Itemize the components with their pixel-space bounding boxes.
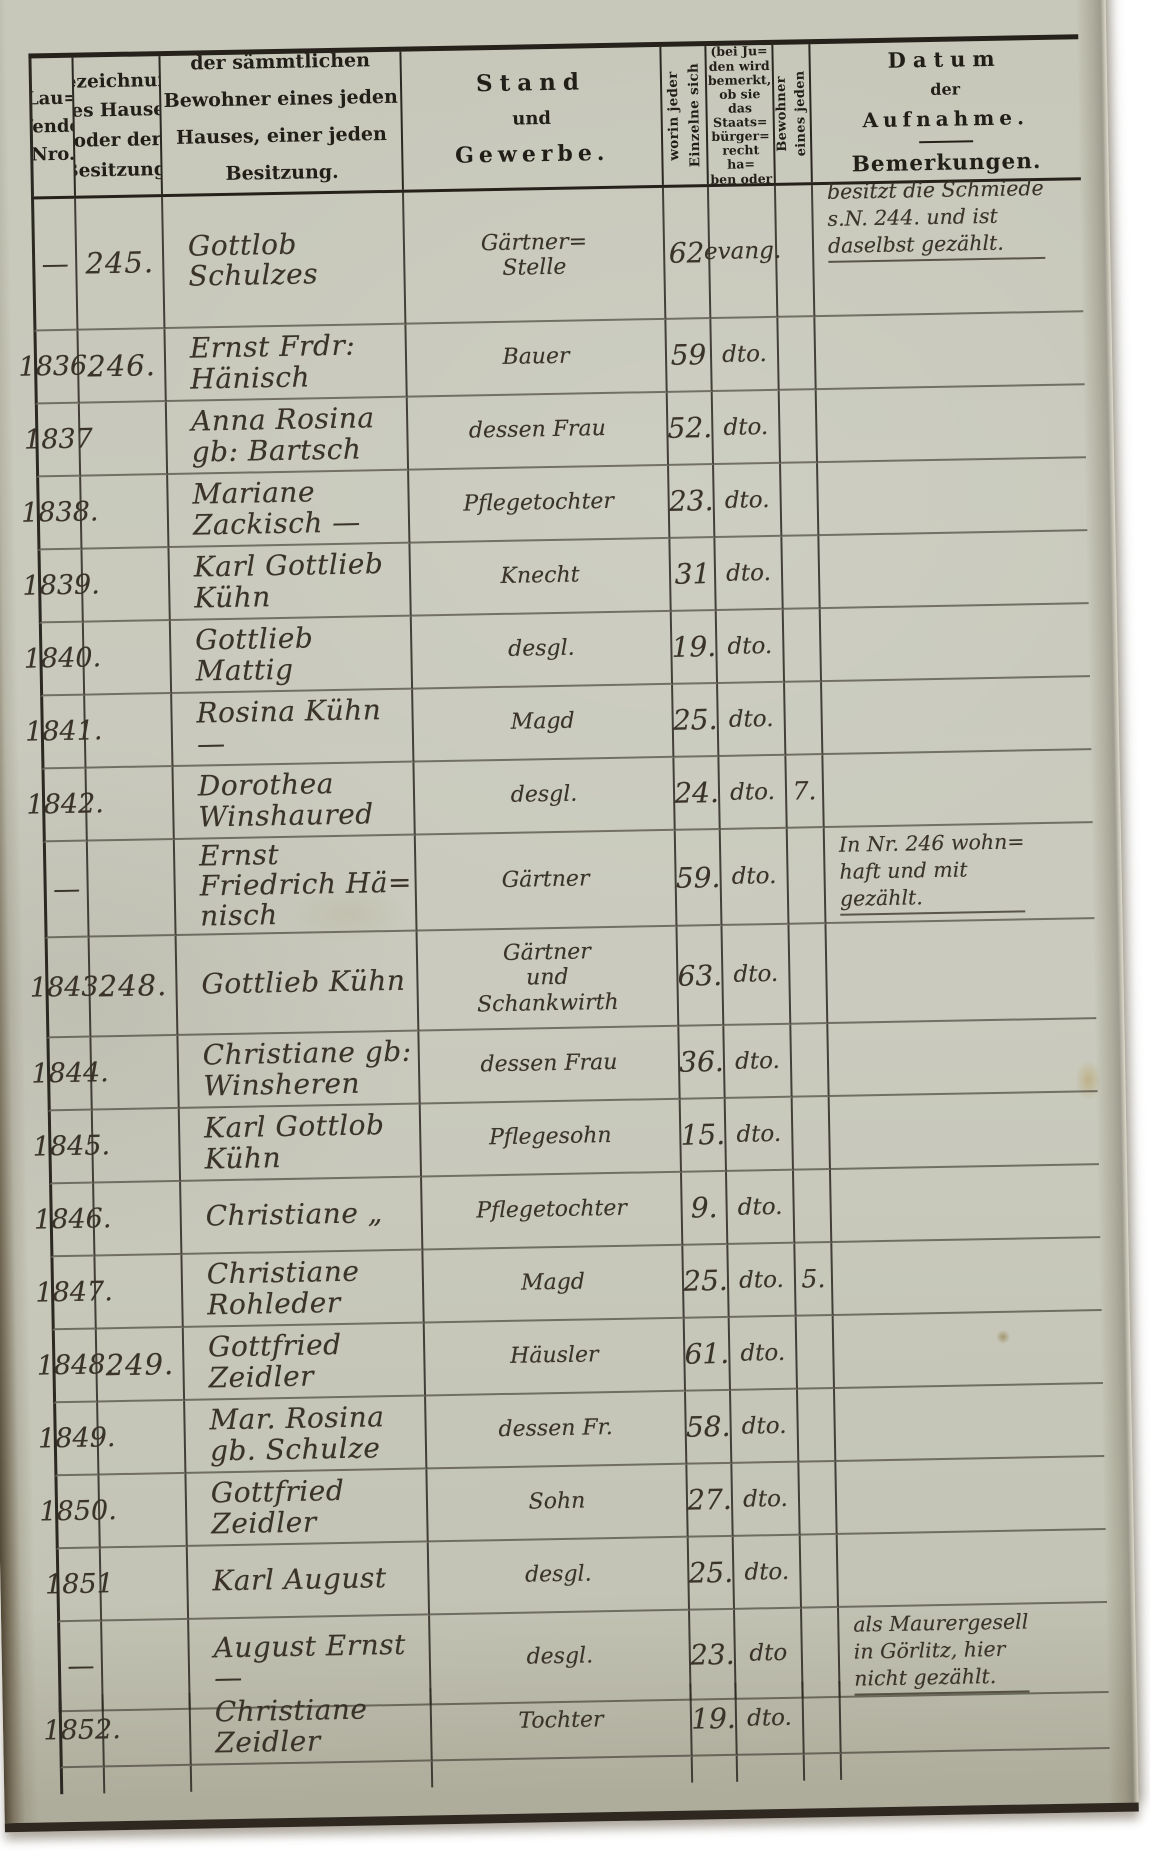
cell-remark xyxy=(826,919,1096,1024)
header-house-designation: Bezeichnung des Hauses oder der Besitzun… xyxy=(73,56,163,196)
occupation-value: desgl. xyxy=(511,784,578,808)
religion-value: dto. xyxy=(731,863,776,890)
resident-name-value: Gottlieb Kühn xyxy=(201,966,405,1000)
cell-running-number: 1847. xyxy=(50,1256,96,1330)
cell-age: 23. xyxy=(669,465,715,539)
age-value: 36. xyxy=(679,1045,724,1079)
cell-running-number: 1839. xyxy=(37,550,83,624)
cell-house-number: 249. xyxy=(97,1328,185,1403)
age-value: 62 xyxy=(669,236,705,270)
header-running-number-label: Lau= fende Nro. xyxy=(28,85,76,170)
cell-resident-name: Mar. Rosina gb. Schulze xyxy=(185,1396,427,1473)
cell-running-number: — xyxy=(31,199,78,332)
header-names: Vor= und Familien=Namen der sämmtlichen … xyxy=(160,52,403,194)
header-house-label: Bezeichnung des Hauses oder der Besitzun… xyxy=(73,65,163,186)
cell-remark xyxy=(834,1311,1103,1389)
cell-religion: dto. xyxy=(714,464,782,538)
religion-value: dto. xyxy=(727,632,772,659)
cell-inhabitant-count: 7. xyxy=(786,755,824,829)
cell-house-number xyxy=(99,1474,187,1549)
cell-age: 19. xyxy=(672,611,718,685)
cell-age: 36. xyxy=(679,1026,725,1100)
religion-value: dto. xyxy=(733,961,778,988)
cell-remark xyxy=(832,1238,1101,1316)
age-value: 25. xyxy=(673,703,718,737)
age-value: 31 xyxy=(674,557,710,591)
resident-name-value: Christiane gb: Winsheren xyxy=(203,1037,419,1101)
cell-running-number: 1841. xyxy=(40,696,86,770)
header-datum-word: Datum xyxy=(887,45,1001,72)
cell-remark xyxy=(840,1676,1109,1754)
cell-age: 59. xyxy=(676,830,723,927)
cell-house-number xyxy=(80,402,168,477)
cell-age: 63. xyxy=(677,926,724,1027)
cell-age: 59 xyxy=(666,319,712,393)
cell-resident-name: Gottfried Zeidler xyxy=(184,1323,426,1400)
occupation-value: Bauer xyxy=(502,346,569,370)
cell-inhabitant-count xyxy=(803,1681,841,1755)
cell-occupation: desgl. xyxy=(414,758,675,836)
resident-name-value: Karl Gottlieb Kühn xyxy=(194,549,410,613)
resident-name-value: Mar. Rosina gb. Schulze xyxy=(209,1402,425,1466)
age-value: 25. xyxy=(688,1556,733,1590)
cell-running-number: — xyxy=(43,842,90,939)
cell-occupation: Gärtner xyxy=(416,831,678,932)
religion-value: dto. xyxy=(726,559,771,586)
table-row: 1843. 248. Gottlieb Kühn Gärtner und Sch… xyxy=(45,919,1097,1038)
house-number-value: 246. xyxy=(87,348,156,383)
resident-name-value: Ernst Frdr: Hänisch xyxy=(190,330,406,394)
religion-value: dto. xyxy=(738,1193,783,1220)
cell-religion: evang. xyxy=(709,186,778,319)
cell-remark xyxy=(823,750,1092,828)
religion-value: dto. xyxy=(739,1266,784,1293)
religion-value: dto. xyxy=(747,1704,792,1731)
age-value: 15. xyxy=(680,1118,725,1152)
cell-occupation: Magd xyxy=(423,1246,684,1324)
cell-running-number: 1842. xyxy=(42,769,88,843)
occupation-value: desgl. xyxy=(525,1564,592,1588)
cell-religion: dto. xyxy=(721,829,790,926)
religion-value: dto. xyxy=(735,1047,780,1074)
cell-religion: dto. xyxy=(731,1390,799,1464)
age-value: 25. xyxy=(683,1264,728,1298)
header-running-number: Lau= fende Nro. xyxy=(28,58,76,197)
header-inhabitant-count: Zahl der Bewohner eines jeden Hauses. xyxy=(773,44,813,183)
cell-running-number: 1837 xyxy=(35,404,81,478)
age-value: 58. xyxy=(686,1410,731,1444)
cell-inhabitant-count xyxy=(791,1024,829,1098)
header-date-remarks: Datum der Aufnahme. Bemerkungen. xyxy=(810,39,1080,182)
cell-house-number xyxy=(82,548,170,623)
census-table: Lau= fende Nro. Bezeichnung des Hauses o… xyxy=(28,34,1110,1794)
cell-running-number: 1852. xyxy=(58,1694,104,1768)
scanned-page: Lau= fende Nro. Bezeichnung des Hauses o… xyxy=(0,0,1139,1832)
inhabitant-count-value: 7. xyxy=(792,776,816,805)
cell-running-number: 1845. xyxy=(48,1111,94,1185)
cell-religion: dto. xyxy=(711,318,779,392)
cell-resident-name: Mariane Zackisch — xyxy=(168,471,410,548)
religion-value: evang. xyxy=(704,238,782,265)
cell-house-number: 245. xyxy=(76,197,165,331)
occupation-value: Pflegesohn xyxy=(489,1125,612,1150)
cell-running-number: 1846. xyxy=(49,1183,95,1257)
cell-inhabitant-count xyxy=(788,828,827,925)
cell-house-number xyxy=(95,1255,183,1330)
resident-name-value: Gottfried Zeidler xyxy=(211,1475,427,1539)
cell-remark: In Nr. 246 wohn= haft und mit gezählt. xyxy=(825,823,1095,924)
cell-remark xyxy=(836,1457,1105,1535)
resident-name-value: Christiane Rohleder xyxy=(207,1256,423,1320)
age-value: 63. xyxy=(677,958,722,992)
cell-occupation: Gärtner= Stelle xyxy=(404,188,666,325)
occupation-value: Sohn xyxy=(528,1491,585,1514)
age-value: 9. xyxy=(690,1191,717,1224)
occupation-value: Magd xyxy=(511,711,575,735)
resident-name-value: Karl August xyxy=(212,1564,387,1597)
cell-running-number: 1843. xyxy=(45,938,92,1039)
cell-resident-name: Christiane Rohleder xyxy=(182,1250,424,1327)
cell-resident-name: Christiane Zeidler xyxy=(190,1688,432,1765)
occupation-value: Knecht xyxy=(500,565,579,589)
running-number-value: — xyxy=(41,248,69,279)
cell-age: 31 xyxy=(670,538,716,612)
cell-running-number: 1849. xyxy=(53,1402,99,1476)
cell-religion: dto. xyxy=(726,1098,794,1172)
occupation-value: Magd xyxy=(521,1272,585,1296)
house-number-value: 249. xyxy=(105,1347,174,1382)
cell-age: 9. xyxy=(682,1172,728,1246)
cell-religion: dto. xyxy=(717,610,785,684)
cell-religion: dto. xyxy=(724,1025,792,1099)
occupation-value: Häusler xyxy=(510,1345,599,1369)
cell-house-number xyxy=(86,767,174,842)
religion-value: dto. xyxy=(722,341,767,368)
cell-remark xyxy=(835,1384,1104,1462)
religion-value: dto. xyxy=(740,1339,785,1366)
cell-remark xyxy=(818,458,1087,536)
age-value: 59. xyxy=(676,860,721,894)
cell-inhabitant-count xyxy=(781,463,819,537)
running-number-value: — xyxy=(53,873,81,904)
cell-remark xyxy=(819,531,1088,609)
cell-inhabitant-count xyxy=(797,1316,835,1390)
cell-inhabitant-count xyxy=(798,1389,836,1463)
cell-resident-name: Ernst Friedrich Hä= nisch xyxy=(175,836,418,936)
header-count-rotated-label: Zahl der Bewohner eines jeden Hauses. xyxy=(773,44,813,183)
religion-value: dto. xyxy=(730,778,775,805)
age-value: 61. xyxy=(684,1337,729,1371)
cell-occupation: Magd xyxy=(413,685,674,763)
cell-resident-name: Gottlob Schulzes xyxy=(163,193,406,329)
cell-occupation: Pflegetochter xyxy=(409,466,670,544)
resident-name-value: Dorothea Winshaured xyxy=(198,768,414,832)
remark-value: In Nr. 246 wohn= haft und mit gezählt. xyxy=(839,828,1026,916)
resident-name-value: Anna Rosina gb: Bartsch xyxy=(191,403,407,467)
header-names-subtitle: der sämmtlichen Bewohner eines jeden Hau… xyxy=(160,52,403,194)
cell-house-number: 248. xyxy=(90,936,179,1038)
cell-running-number: 1838. xyxy=(36,477,82,551)
table-body: — 245. Gottlob Schulzes Gärtner= Stelle … xyxy=(31,180,1110,1768)
header-age: Lebensjahr, worin jeder Einzelne sich be… xyxy=(661,46,709,185)
cell-inhabitant-count xyxy=(784,609,822,683)
age-value: 23. xyxy=(669,484,714,518)
cell-religion: dto. xyxy=(730,1317,798,1391)
cell-house-number xyxy=(81,475,169,550)
cell-resident-name: Christiane gb: Winsheren xyxy=(178,1032,420,1109)
cell-age: 25. xyxy=(673,684,719,758)
header-religion-label: Religion (bei Ju= den wird bemerkt, ob s… xyxy=(706,45,774,184)
header-und-word: und xyxy=(512,108,551,130)
cell-remark xyxy=(838,1530,1107,1608)
age-value: 59 xyxy=(670,338,706,372)
cell-house-number xyxy=(101,1547,189,1622)
header-religion: Religion (bei Ju= den wird bemerkt, ob s… xyxy=(706,45,776,184)
cell-inhabitant-count xyxy=(776,185,815,318)
cell-occupation: desgl. xyxy=(412,612,673,690)
header-age-rotated-label: Lebensjahr, worin jeder Einzelne sich be… xyxy=(661,46,709,185)
cell-resident-name: Gottlieb Kühn xyxy=(177,932,420,1036)
cell-age: 58. xyxy=(686,1391,732,1465)
header-divider-line xyxy=(919,140,973,143)
cell-religion: dto. xyxy=(732,1463,800,1537)
cell-age: 19. xyxy=(691,1683,737,1757)
cell-occupation: desgl. xyxy=(429,1538,690,1616)
cell-religion: dto. xyxy=(713,391,781,465)
cell-inhabitant-count xyxy=(782,536,820,610)
cell-age: 61. xyxy=(685,1318,731,1392)
cell-house-number xyxy=(84,621,172,696)
resident-name-value: Gottfried Zeidler xyxy=(208,1329,424,1393)
cell-resident-name: Karl Gottlieb Kühn xyxy=(169,544,411,621)
resident-name-value: Mariane Zackisch — xyxy=(192,476,408,540)
cell-house-number xyxy=(93,1109,181,1184)
cell-inhabitant-count xyxy=(799,1462,837,1536)
resident-name-value: Gottlieb Mattig xyxy=(195,622,411,686)
cell-resident-name: Ernst Frdr: Hänisch xyxy=(165,325,407,402)
cell-occupation: Gärtner und Schankwirth xyxy=(418,927,680,1032)
cell-age: 25. xyxy=(683,1245,729,1319)
cell-running-number: 1836. xyxy=(33,331,79,405)
religion-value: dto. xyxy=(725,487,770,514)
cell-house-number xyxy=(91,1036,179,1111)
resident-name-value: August Ernst — xyxy=(213,1629,429,1693)
occupation-value: Gärtner und Schankwirth xyxy=(476,939,619,1017)
house-number-value: 245. xyxy=(85,245,154,280)
resident-name-value: Rosina Kühn — xyxy=(196,695,412,759)
cell-occupation: dessen Fr. xyxy=(426,1392,687,1470)
inhabitant-count-value: 5. xyxy=(801,1264,825,1293)
running-number-value: — xyxy=(67,1650,95,1681)
header-aufnahme-word: Aufnahme. xyxy=(862,105,1029,132)
header-gewerbe-word: Gewerbe. xyxy=(455,140,610,169)
cell-inhabitant-count xyxy=(778,317,816,391)
cell-occupation: Pflegetochter xyxy=(422,1173,683,1251)
cell-religion: dto. xyxy=(736,1682,804,1756)
age-value: 24. xyxy=(674,776,719,810)
cell-running-number: 1844. xyxy=(46,1038,92,1112)
age-value: 19. xyxy=(671,630,716,664)
religion-value: dto xyxy=(749,1640,787,1667)
cell-religion: dto. xyxy=(719,756,787,830)
cell-remark xyxy=(815,312,1084,390)
religion-value: dto. xyxy=(742,1412,787,1439)
resident-name-value: Christiane Zeidler xyxy=(215,1694,431,1758)
cell-remark xyxy=(817,385,1086,463)
cell-inhabitant-count xyxy=(789,924,828,1025)
header-der-word: der xyxy=(930,79,960,99)
cell-inhabitant-count xyxy=(801,1535,839,1609)
cell-age: 52. xyxy=(668,392,714,466)
cell-inhabitant-count xyxy=(785,682,823,756)
cell-running-number: 1840. xyxy=(39,623,85,697)
cell-resident-name: Gottfried Zeidler xyxy=(186,1469,428,1546)
header-occupation: Stand und Gewerbe. xyxy=(401,47,663,190)
cell-age: 25. xyxy=(689,1537,735,1611)
occupation-value: Tochter xyxy=(518,1710,603,1734)
cell-religion: dto. xyxy=(715,537,783,611)
occupation-value: desgl. xyxy=(508,638,575,662)
age-value: 52. xyxy=(667,411,712,445)
cell-age: 15. xyxy=(681,1099,727,1173)
cell-religion: dto. xyxy=(722,925,791,1026)
cell-occupation: Sohn xyxy=(427,1465,688,1543)
cell-inhabitant-count xyxy=(780,390,818,464)
cell-resident-name: Gottlieb Mattig xyxy=(171,617,413,694)
cell-religion: dto. xyxy=(728,1244,796,1318)
cell-house-number xyxy=(85,694,173,769)
cell-resident-name: Anna Rosina gb: Bartsch xyxy=(167,398,409,475)
cell-running-number: 1850. xyxy=(54,1475,100,1549)
cell-age: 24. xyxy=(674,757,720,831)
cell-house-number xyxy=(94,1182,182,1257)
occupation-value: Pflegetochter xyxy=(463,491,614,516)
resident-name-value: Gottlob Schulzes xyxy=(188,227,404,291)
cell-resident-name: Dorothea Winshaured xyxy=(173,763,415,840)
table-row: — 245. Gottlob Schulzes Gärtner= Stelle … xyxy=(31,180,1083,331)
religion-value: dto. xyxy=(744,1558,789,1585)
header-stand-word: Stand xyxy=(476,68,586,97)
house-number-value: 248. xyxy=(98,968,167,1003)
cell-remark xyxy=(828,1019,1097,1097)
cell-occupation: dessen Frau xyxy=(419,1027,680,1105)
cell-inhabitant-count xyxy=(794,1170,832,1244)
cell-occupation: Häusler xyxy=(425,1319,686,1397)
cell-religion: dto. xyxy=(718,683,786,757)
age-value: 23. xyxy=(690,1637,735,1671)
cell-resident-name: Karl Gottlob Kühn xyxy=(180,1104,422,1181)
cell-resident-name: Christiane „ xyxy=(181,1177,423,1254)
cell-occupation: Tochter xyxy=(431,1684,692,1762)
resident-name-value: Ernst Friedrich Hä= nisch xyxy=(199,837,416,932)
resident-name-value: Christiane „ xyxy=(205,1199,383,1232)
occupation-value: dessen Frau xyxy=(469,418,606,443)
cell-religion: dto. xyxy=(727,1171,795,1245)
occupation-value: dessen Fr. xyxy=(498,1417,613,1442)
religion-value: dto. xyxy=(743,1485,788,1512)
religion-value: dto. xyxy=(729,705,774,732)
occupation-value: dessen Frau xyxy=(480,1052,617,1077)
cell-occupation: Bauer xyxy=(406,320,667,398)
cell-house-number: 246. xyxy=(78,329,166,404)
resident-name-value: Karl Gottlob Kühn xyxy=(204,1110,420,1174)
cell-running-number: 1851 xyxy=(56,1548,102,1622)
age-value: 27. xyxy=(687,1483,732,1517)
religion-value: dto. xyxy=(723,414,768,441)
cell-house-number xyxy=(103,1693,191,1768)
cell-remark xyxy=(831,1165,1100,1243)
age-value: 19. xyxy=(691,1702,736,1736)
cell-age: 27. xyxy=(687,1464,733,1538)
cell-house-number xyxy=(88,840,177,938)
occupation-value: desgl. xyxy=(526,1645,593,1669)
occupation-value: Pflegetochter xyxy=(476,1198,627,1223)
cell-remark xyxy=(830,1092,1099,1170)
cell-remark xyxy=(822,677,1091,755)
cell-religion: dto. xyxy=(734,1536,802,1610)
cell-occupation: Knecht xyxy=(410,539,671,617)
cell-resident-name: Rosina Kühn — xyxy=(172,690,414,767)
cell-inhabitant-count: 5. xyxy=(795,1243,833,1317)
occupation-value: Gärtner xyxy=(502,868,590,892)
cell-remark xyxy=(821,604,1090,682)
cell-running-number: 1848. xyxy=(52,1329,98,1403)
remark-value: besitzt die Schmiede s.N. 244. und ist d… xyxy=(827,175,1045,263)
cell-occupation: dessen Frau xyxy=(408,393,669,471)
cell-occupation: Pflegesohn xyxy=(421,1100,682,1178)
cell-remark: besitzt die Schmiede s.N. 244. und ist d… xyxy=(813,170,1084,317)
occupation-value: Gärtner= Stelle xyxy=(481,229,588,282)
cell-house-number xyxy=(98,1401,186,1476)
cell-inhabitant-count xyxy=(793,1097,831,1171)
religion-value: dto. xyxy=(736,1120,781,1147)
cell-resident-name: Karl August xyxy=(188,1542,430,1619)
